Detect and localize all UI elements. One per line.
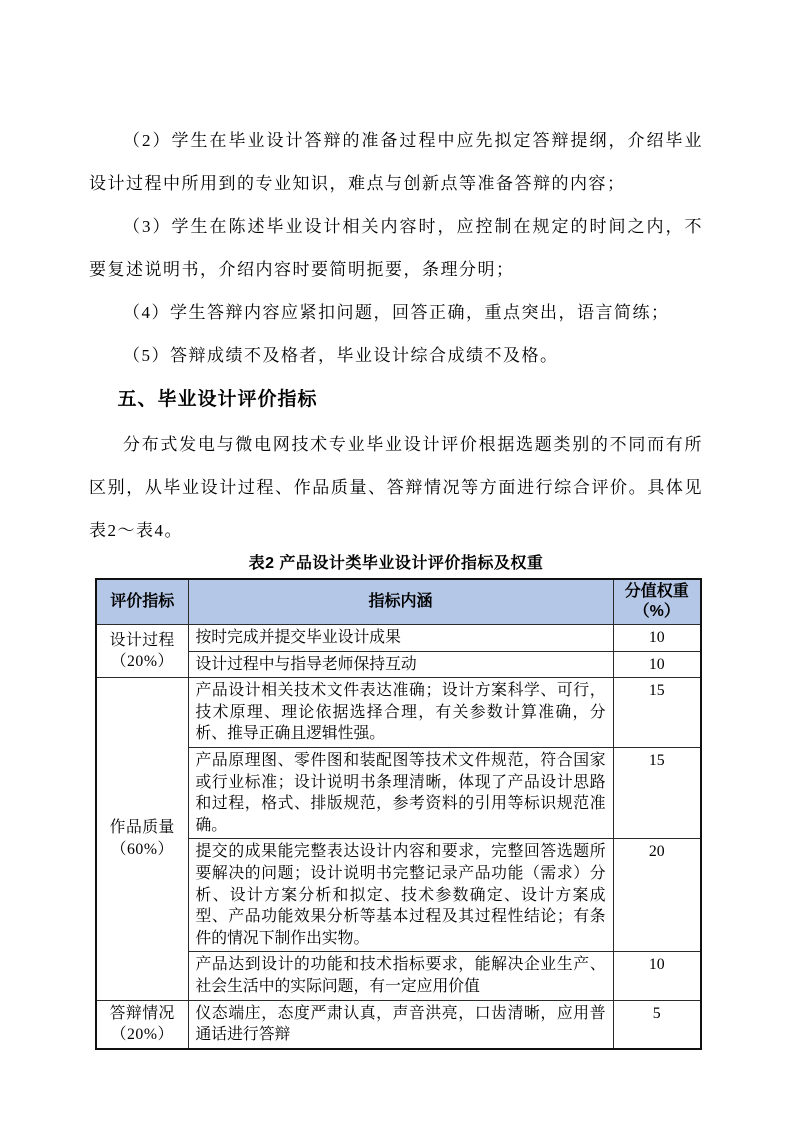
document-page: （2）学生在毕业设计答辩的准备过程中应先拟定答辩提纲，介绍毕业设计过程中所用到的… [0,0,793,1122]
table-row: 作品质量 （60%） 产品设计相关技术文件表达准确；设计方案科学、可行，技术原理… [96,678,701,748]
criteria-cell: 产品设计相关技术文件表达准确；设计方案科学、可行，技术原理、理论依据选择合理，有… [188,678,613,748]
score-cell: 15 [613,678,701,748]
paragraph-item-2: （2）学生在毕业设计答辩的准备过程中应先拟定答辩提纲，介绍毕业设计过程中所用到的… [89,119,703,205]
header-cell-indicator-content: 指标内涵 [188,579,613,625]
category-weight: （20%） [99,651,186,673]
paragraph-item-3: （3）学生在陈述毕业设计相关内容时，应控制在规定的时间之内，不要复述说明书，介绍… [89,205,703,291]
table-row: 设计过程 （20%） 按时完成并提交毕业设计成果 10 [96,625,701,652]
header-cell-score-weight: 分值权重 （%） [613,579,701,625]
table-caption: 表2 产品设计类毕业设计评价指标及权重 [89,554,703,574]
score-cell: 10 [613,952,701,1000]
category-label: 设计过程 [99,630,186,652]
category-label: 答辩情况 [99,1003,186,1025]
document-content: （2）学生在毕业设计答辩的准备过程中应先拟定答辩提纲，介绍毕业设计过程中所用到的… [89,119,703,1050]
category-cell-design-process: 设计过程 （20%） [96,625,188,678]
paragraph-item-5: （5）答辩成绩不及格者，毕业设计综合成绩不及格。 [89,334,703,377]
section-heading: 五、毕业设计评价指标 [89,377,703,423]
score-cell: 10 [613,625,701,652]
category-weight: （60%） [99,839,186,861]
table-header-row: 评价指标 指标内涵 分值权重 （%） [96,579,701,625]
criteria-cell: 按时完成并提交毕业设计成果 [188,625,613,652]
score-cell: 20 [613,839,701,952]
category-weight: （20%） [99,1024,186,1046]
category-cell-defense-situation: 答辩情况 （20%） [96,1000,188,1049]
criteria-cell: 产品原理图、零件图和装配图等技术文件规范，符合国家或行业标准；设计说明书条理清晰… [188,747,613,838]
category-label: 作品质量 [99,817,186,839]
score-cell: 5 [613,1000,701,1049]
evaluation-table: 评价指标 指标内涵 分值权重 （%） 设计过程 （20%） 按时完成并提交毕业设… [95,578,702,1050]
criteria-cell: 仪态端庄，态度严肃认真，声音洪亮，口齿清晰，应用普通话进行答辩 [188,1000,613,1049]
criteria-cell: 产品达到设计的功能和技术指标要求，能解决企业生产、社会生活中的实际问题，有一定应… [188,952,613,1000]
criteria-cell: 提交的成果能完整表达设计内容和要求，完整回答选题所要解决的问题；设计说明书完整记… [188,839,613,952]
paragraph-item-4: （4）学生答辩内容应紧扣问题，回答正确，重点突出，语言简练； [89,291,703,334]
table-row: 答辩情况 （20%） 仪态端庄，态度严肃认真，声音洪亮，口齿清晰，应用普通话进行… [96,1000,701,1049]
criteria-cell: 设计过程中与指导老师保持互动 [188,651,613,678]
intro-paragraph: 分布式发电与微电网技术专业毕业设计评价根据选题类别的不同而有所区别，从毕业设计过… [89,423,703,552]
score-cell: 15 [613,747,701,838]
score-cell: 10 [613,651,701,678]
header-cell-evaluation-indicator: 评价指标 [96,579,188,625]
category-cell-work-quality: 作品质量 （60%） [96,678,188,1000]
